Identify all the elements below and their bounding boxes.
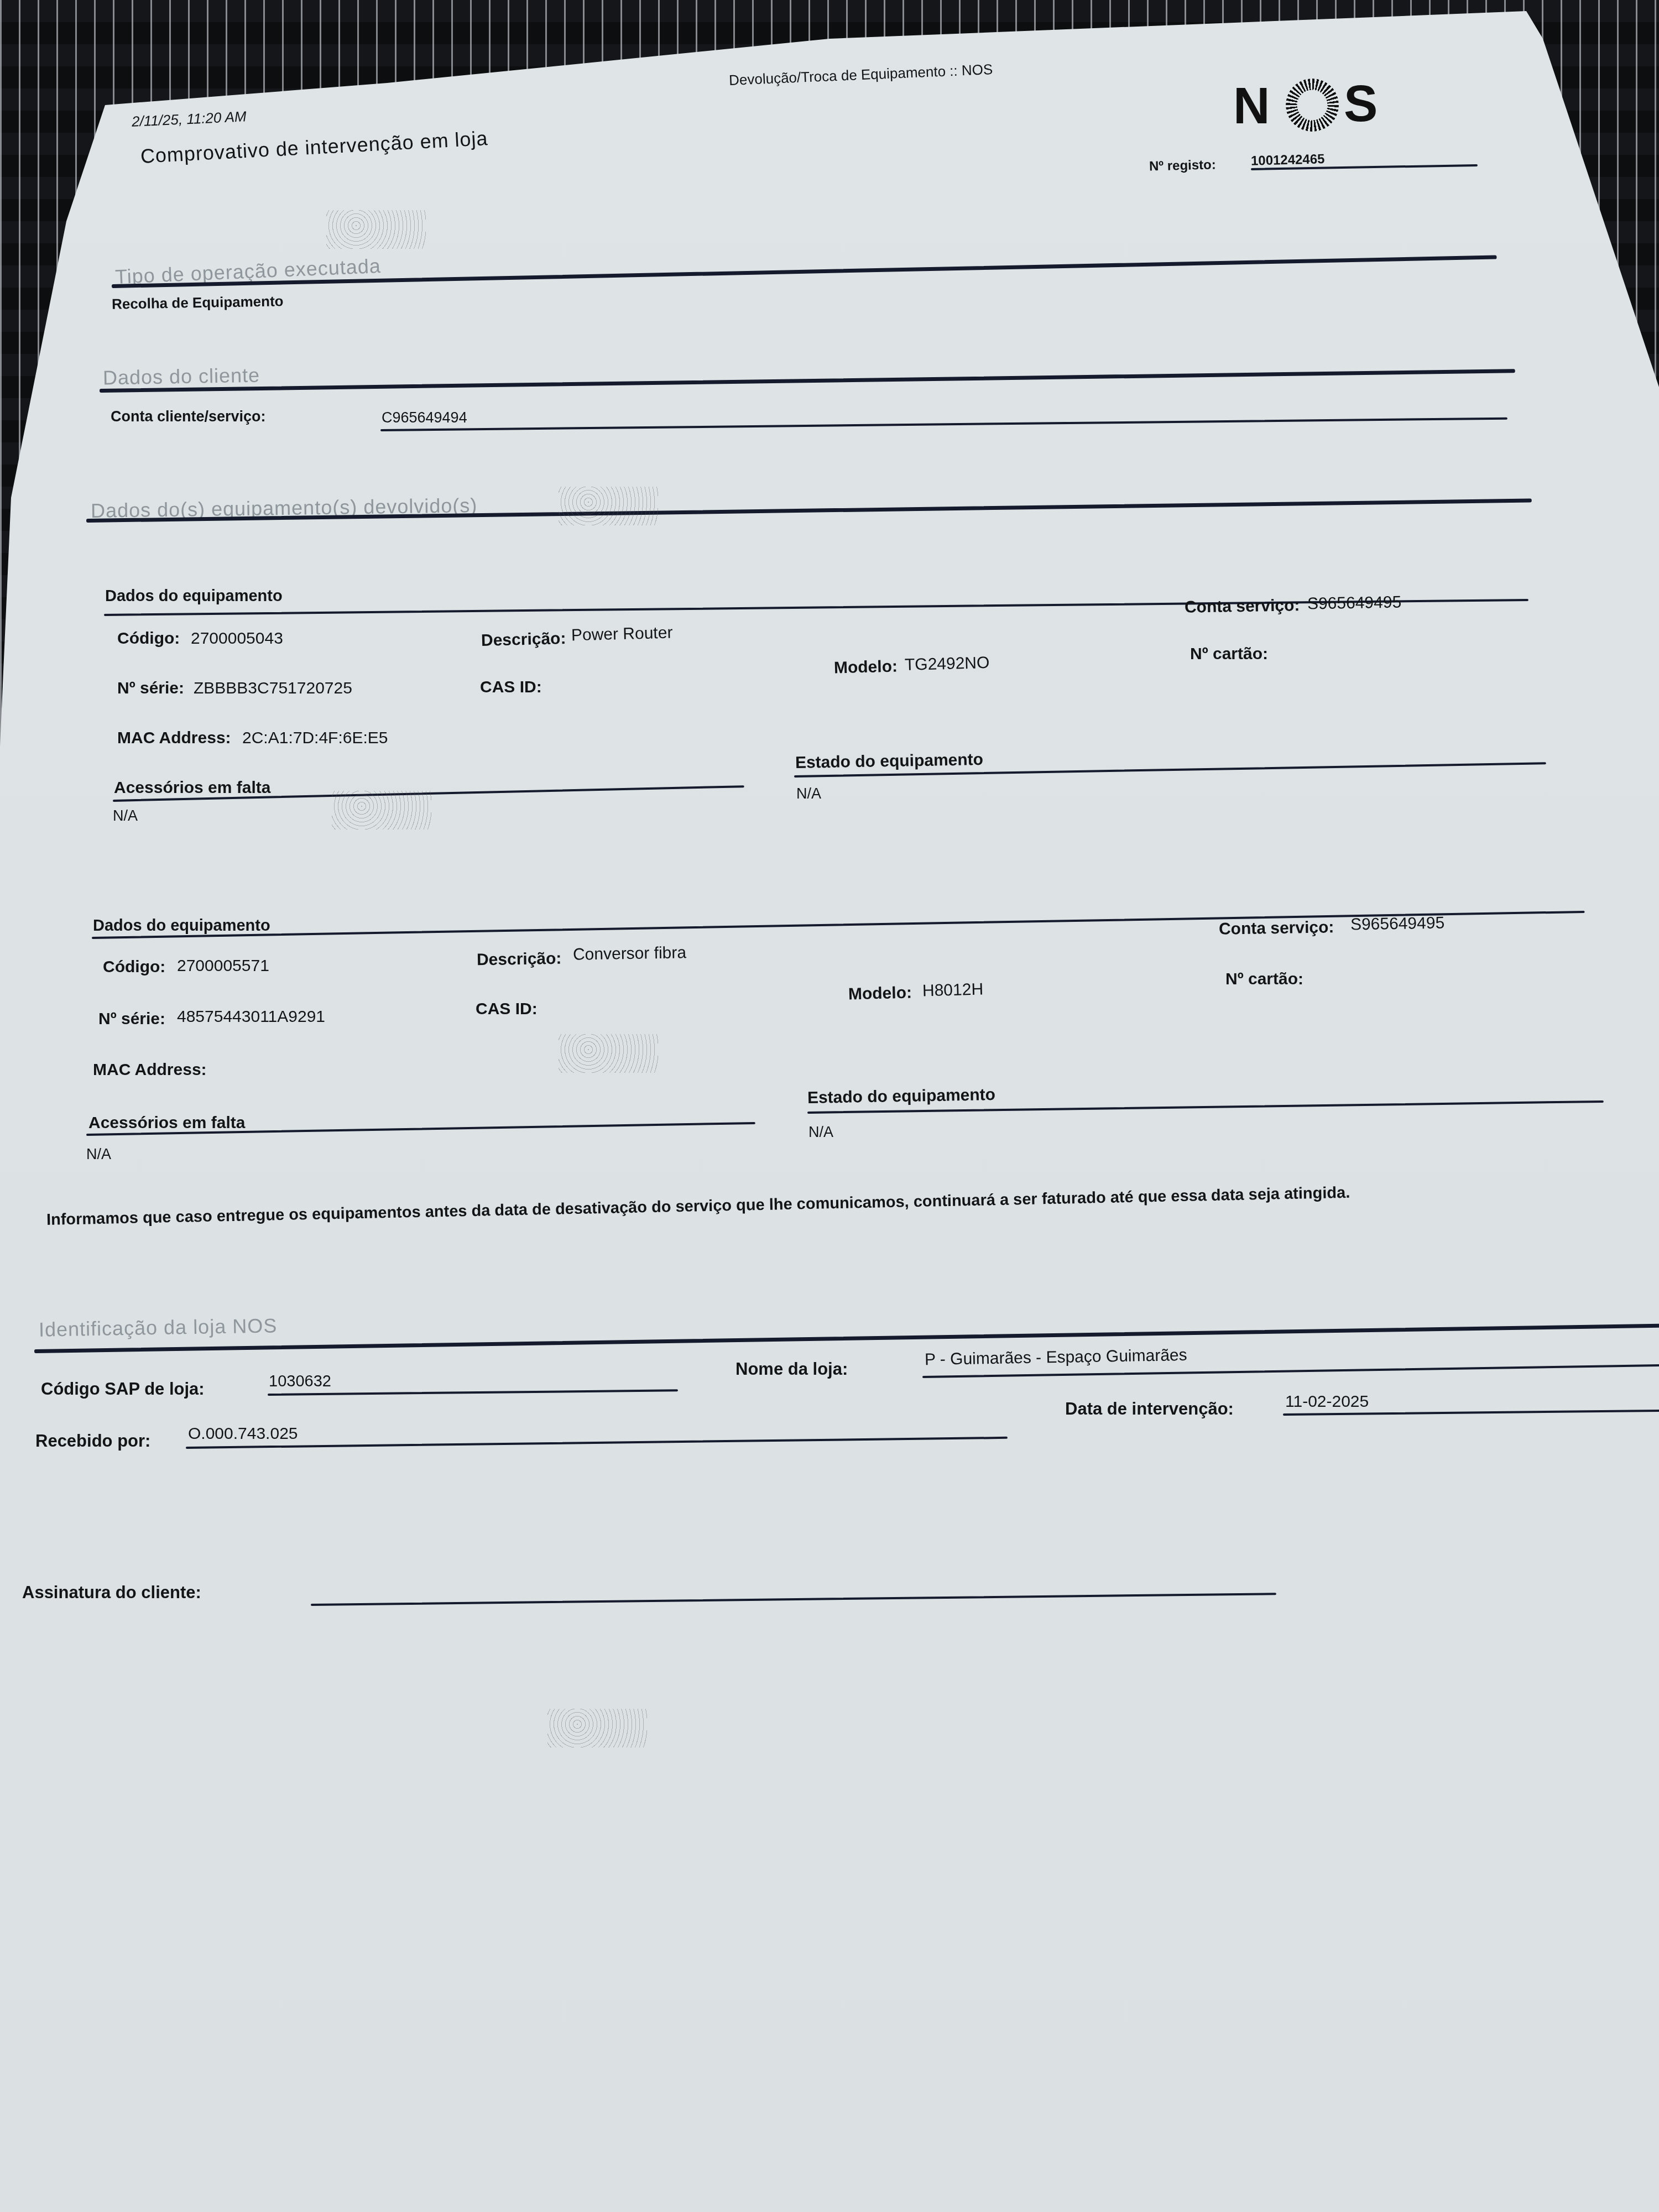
store-name-label: Nome da loja: [735, 1359, 848, 1379]
serie-label: Nº série: [98, 1010, 165, 1029]
equipment-title: Dados do equipamento [105, 587, 283, 606]
conta-servico-label: Conta serviço: [1219, 918, 1334, 939]
descricao-value: Conversor fibra [573, 943, 687, 964]
acessorios-label: Acessórios em falta [114, 779, 270, 797]
client-account-value: C965649494 [382, 409, 467, 426]
conta-servico-label: Conta serviço: [1185, 596, 1300, 617]
acessorios-value: N/A [113, 807, 138, 825]
registo-label: Nº registo: [1149, 157, 1216, 174]
serie-value: ZBBBB3C751720725 [194, 679, 352, 698]
estado-value: N/A [808, 1124, 833, 1141]
estado-label: Estado do equipamento [795, 750, 984, 773]
received-by-label: Recebido por: [35, 1431, 150, 1451]
conta-servico-value: S965649495 [1307, 593, 1402, 614]
toner-smudge [326, 210, 426, 249]
serie-value: 48575443011A9291 [177, 1008, 325, 1026]
modelo-label: Modelo: [834, 658, 898, 678]
toner-smudge [547, 1709, 647, 1747]
descricao-label: Descrição: [481, 629, 566, 650]
intervention-date-label: Data de intervenção: [1065, 1399, 1234, 1419]
sap-code-label: Código SAP de loja: [41, 1379, 205, 1399]
acessorios-label: Acessórios em falta [88, 1114, 245, 1133]
logo-letter-n: N [1233, 77, 1270, 135]
cartao-label: Nº cartão: [1225, 970, 1303, 989]
serie-label: Nº série: [117, 679, 184, 698]
section-title-store: Identificação da loja NOS [39, 1314, 278, 1342]
cas-id-label: CAS ID: [476, 1000, 538, 1019]
toner-smudge [559, 487, 658, 525]
nos-logo: N S [1233, 77, 1388, 138]
acessorios-value: N/A [86, 1146, 111, 1163]
conta-servico-value: S965649495 [1350, 914, 1445, 935]
modelo-label: Modelo: [848, 984, 912, 1004]
operation-value: Recolha de Equipamento [112, 293, 284, 312]
codigo-value: 2700005571 [177, 957, 269, 975]
codigo-label: Código: [117, 629, 180, 648]
mac-value: 2C:A1:7D:4F:6E:E5 [242, 729, 388, 748]
toner-smudge [332, 791, 431, 830]
section-title-client: Dados do cliente [103, 364, 260, 390]
received-by-value: O.000.743.025 [188, 1425, 298, 1443]
equipment-title: Dados do equipamento [93, 917, 270, 935]
descricao-label: Descrição: [477, 950, 562, 970]
estado-label: Estado do equipamento [807, 1086, 996, 1108]
modelo-value: H8012H [922, 980, 984, 1001]
mac-label: MAC Address: [93, 1061, 207, 1079]
toner-smudge [559, 1034, 658, 1073]
sun-icon [1286, 79, 1339, 132]
signature-label: Assinatura do cliente: [22, 1583, 201, 1603]
descricao-value: Power Router [571, 624, 673, 645]
modelo-value: TG2492NO [905, 654, 990, 675]
codigo-value: 2700005043 [191, 629, 283, 648]
intervention-date-value: 11-02-2025 [1285, 1392, 1369, 1411]
codigo-label: Código: [103, 958, 165, 977]
logo-letter-s: S [1344, 75, 1378, 133]
cas-id-label: CAS ID: [480, 678, 542, 697]
client-account-label: Conta cliente/serviço: [111, 408, 266, 425]
cartao-label: Nº cartão: [1190, 645, 1268, 664]
sap-code-value: 1030632 [269, 1373, 331, 1391]
estado-value: N/A [796, 785, 821, 802]
mac-label: MAC Address: [117, 729, 231, 748]
